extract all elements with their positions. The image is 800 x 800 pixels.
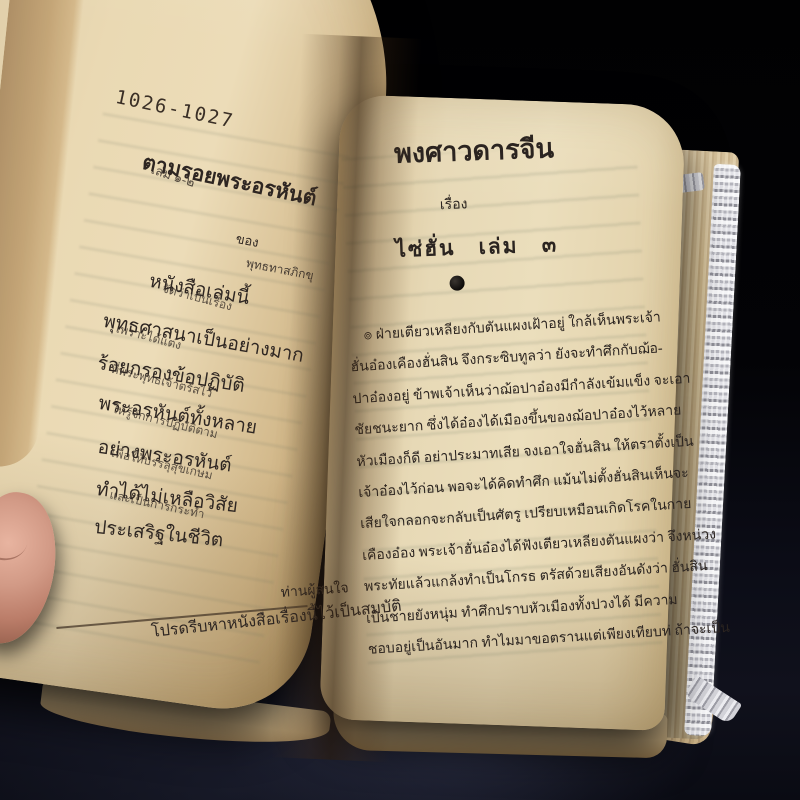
subtitle-label: เรื่อง bbox=[439, 193, 467, 216]
left-body-line: ประเสริฐในชีวิต bbox=[94, 512, 110, 535]
chronicle-header: พงศาวดารจีน bbox=[393, 126, 554, 175]
binding-hole-dot bbox=[449, 275, 465, 291]
byline-prefix: ของ bbox=[234, 228, 261, 253]
volume-title: ไซ่ฮั่น เล่ม ๓ bbox=[395, 228, 559, 267]
right-page-content: พงศาวดารจีน เรื่อง ไซ่ฮั่น เล่ม ๓ ๏ ฝ่าย… bbox=[330, 84, 697, 736]
right-page-paragraph: ๏ ฝ่ายเตียวเหลียงกับตันแผงเฝ้าอยู่ ใกล้เ… bbox=[348, 301, 700, 666]
book-photo-scene: 1026-1027 ตามรอยพระอรหันต์เล่ม ๑-๒ ของ พ… bbox=[0, 0, 800, 800]
